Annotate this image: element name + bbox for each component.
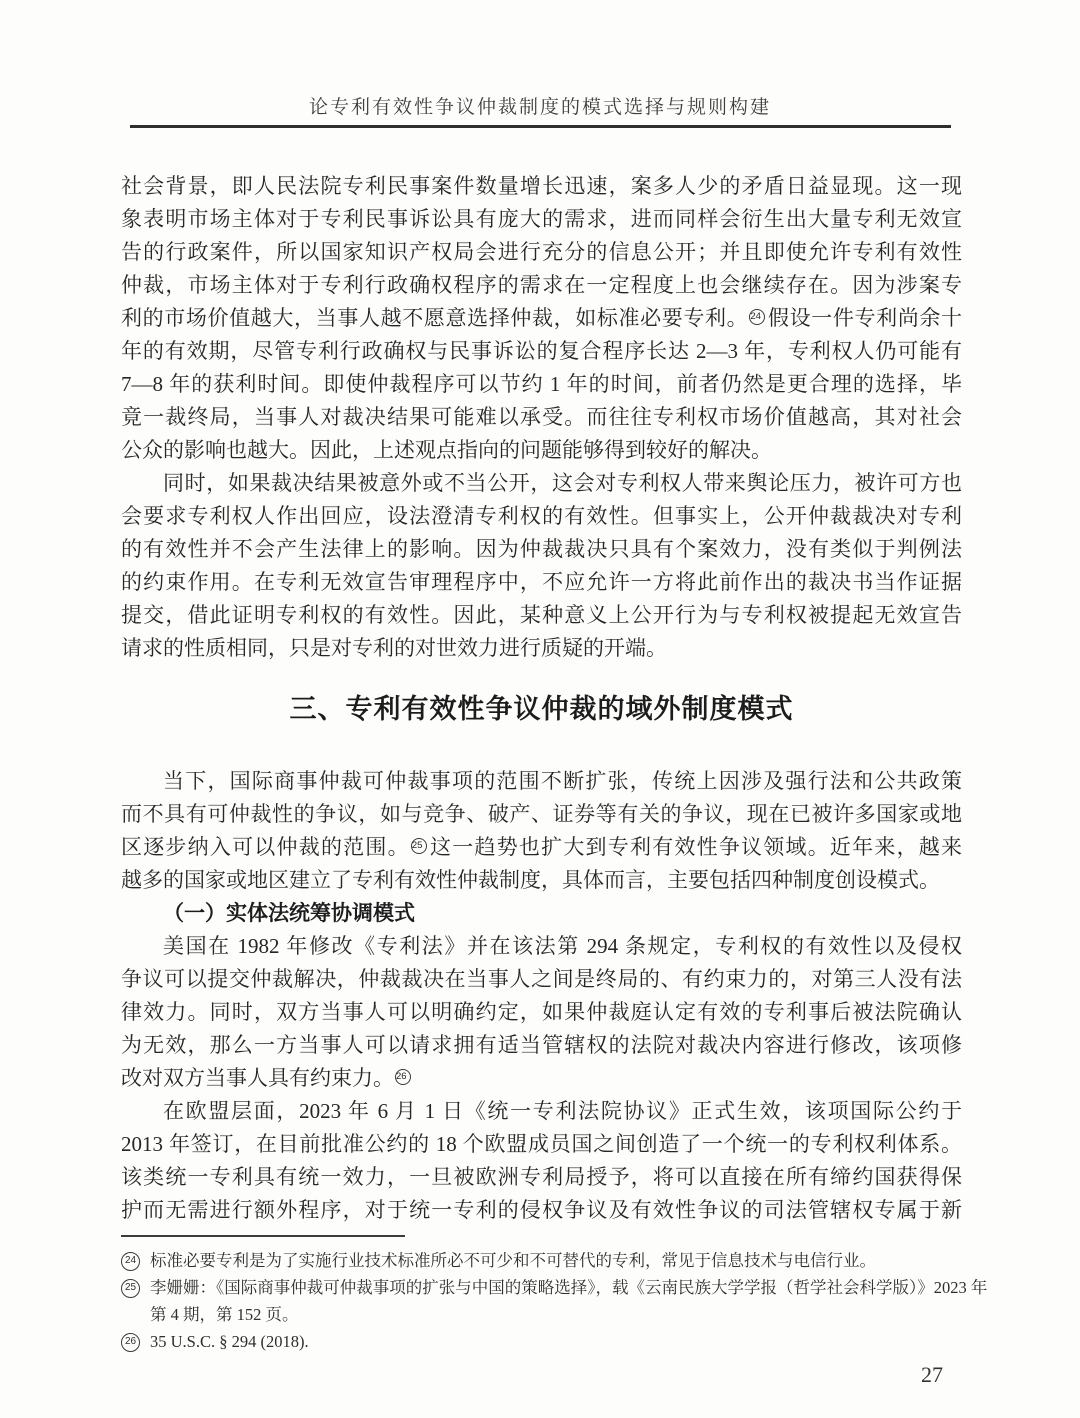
document-page: 论专利有效性争议仲裁制度的模式选择与规则构建 社会背景，即人民法院专利民事案件数… <box>0 0 1080 1418</box>
footnote-line: 李姗姗：《国际商事仲裁可仲裁事项的扩张与中国的策略选择》，载《云南民族大学学报（… <box>150 1274 966 1301</box>
footnote-line: 35 U.S.C. § 294 (2018). <box>150 1328 966 1355</box>
text-line: 争议可以提交仲裁解决，仲裁裁决在当事人之间是终局的、有约束力的，对第三人没有法 <box>121 963 962 996</box>
text-line: 越多的国家或地区建立了专利有效性仲裁制度，具体而言，主要包括四种制度创设模式。 <box>121 864 962 897</box>
footnote-text: 35 U.S.C. § 294 (2018). <box>150 1328 966 1355</box>
footnote-text: 李姗姗：《国际商事仲裁可仲裁事项的扩张与中国的策略选择》，载《云南民族大学学报（… <box>150 1274 966 1328</box>
footnote-ref-icon: 24 <box>749 309 765 325</box>
text-line: 年的有效期，尽管专利行政确权与民事诉讼的复合程序长达 2—3 年，专利权人仍可能… <box>121 335 962 368</box>
text-line: 竟一裁终局，当事人对裁决结果可能难以承受。而往往专利权市场价值越高，其对社会 <box>121 401 962 434</box>
text-line: 同时，如果裁决结果被意外或不当公开，这会对专利权人带来舆论压力，被许可方也 <box>121 467 962 500</box>
text-line: 区逐步纳入可以仲裁的范围。25这一趋势也扩大到专利有效性争议领域。近年来，越来 <box>121 831 962 864</box>
section-heading: 三、专利有效性争议仲裁的域外制度模式 <box>121 690 962 728</box>
text-line: 该类统一专利具有统一效力，一旦被欧洲专利局授予，将可以直接在所有缔约国获得保 <box>121 1161 962 1194</box>
footnote-marker-icon: 25 <box>121 1279 140 1298</box>
footnote-item: 25李姗姗：《国际商事仲裁可仲裁事项的扩张与中国的策略选择》，载《云南民族大学学… <box>121 1274 966 1328</box>
header-divider <box>130 125 951 128</box>
text-line: 在欧盟层面，2023 年 6 月 1 日《统一专利法院协议》正式生效，该项国际公… <box>121 1095 962 1128</box>
text-line: 为无效，那么一方当事人可以请求拥有适当管辖权的法院对裁决内容进行修改，该项修 <box>121 1029 962 1062</box>
text-line: 公众的影响也越大。因此，上述观点指向的问题能够得到较好的解决。 <box>121 434 962 467</box>
text-line: 利的市场价值越大，当事人越不愿意选择仲裁，如标准必要专利。24假设一件专利尚余十 <box>121 302 962 335</box>
subsection-heading: （一）实体法统筹协调模式 <box>121 897 962 930</box>
running-head-title: 论专利有效性争议仲裁制度的模式选择与规则构建 <box>0 92 1080 119</box>
text-line: 7—8 年的获利时间。即使仲裁程序可以节约 1 年的时间，前者仍然是更合理的选择… <box>121 368 962 401</box>
text-line: 2013 年签订，在目前批准公约的 18 个欧盟成员国之间创造了一个统一的专利权… <box>121 1128 962 1161</box>
text-line: 提交，借此证明专利权的有效性。因此，某种意义上公开行为与专利权被提起无效宣告 <box>121 599 962 632</box>
text-line: 美国在 1982 年修改《专利法》并在该法第 294 条规定，专利权的有效性以及… <box>121 930 962 963</box>
footnote-divider <box>121 1235 405 1237</box>
footnote-ref-icon: 26 <box>395 1069 411 1085</box>
footnote-ref-icon: 25 <box>411 838 427 854</box>
text-line: 社会背景，即人民法院专利民事案件数量增长迅速，案多人少的矛盾日益显现。这一现 <box>121 170 962 203</box>
article-body: 社会背景，即人民法院专利民事案件数量增长迅速，案多人少的矛盾日益显现。这一现象表… <box>121 170 962 1227</box>
text-line: 会要求专利权人作出回应，设法澄清专利权的有效性。但事实上，公开仲裁裁决对专利 <box>121 500 962 533</box>
text-line: 护而无需进行额外程序，对于统一专利的侵权争议及有效性争议的司法管辖权专属于新 <box>121 1194 962 1227</box>
text-line: 律效力。同时，双方当事人可以明确约定，如果仲裁庭认定有效的专利事后被法院确认 <box>121 996 962 1029</box>
page-number: 27 <box>921 1362 943 1388</box>
text-line: 象表明市场主体对于专利民事诉讼具有庞大的需求，进而同样会衍生出大量专利无效宣 <box>121 203 962 236</box>
text-line: 告的行政案件，所以国家知识产权局会进行充分的信息公开；并且即使允许专利有效性 <box>121 236 962 269</box>
footnote-item: 2635 U.S.C. § 294 (2018). <box>121 1328 966 1355</box>
text-line: 的有效性并不会产生法律上的影响。因为仲裁裁决只具有个案效力，没有类似于判例法 <box>121 533 962 566</box>
footnote-item: 24标准必要专利是为了实施行业技术标准所必不可少和不可替代的专利，常见于信息技术… <box>121 1247 966 1274</box>
footnote-line: 第 4 期，第 152 页。 <box>150 1301 966 1328</box>
footnote-text: 标准必要专利是为了实施行业技术标准所必不可少和不可替代的专利，常见于信息技术与电… <box>150 1247 966 1274</box>
text-line: 仲裁，市场主体对于专利行政确权程序的需求在一定程度上也会继续存在。因为涉案专 <box>121 269 962 302</box>
text-line: 改对双方当事人具有约束力。26 <box>121 1062 962 1095</box>
footnote-marker-icon: 26 <box>121 1333 140 1352</box>
text-line: 请求的性质相同，只是对专利的对世效力进行质疑的开端。 <box>121 632 962 665</box>
text-line: 当下，国际商事仲裁可仲裁事项的范围不断扩张，传统上因涉及强行法和公共政策 <box>121 765 962 798</box>
footnotes: 24标准必要专利是为了实施行业技术标准所必不可少和不可替代的专利，常见于信息技术… <box>121 1247 966 1355</box>
text-line: 而不具有可仲裁性的争议，如与竞争、破产、证券等有关的争议，现在已被许多国家或地 <box>121 798 962 831</box>
footnote-line: 标准必要专利是为了实施行业技术标准所必不可少和不可替代的专利，常见于信息技术与电… <box>150 1247 966 1274</box>
footnote-marker-icon: 24 <box>121 1252 140 1271</box>
text-line: 的约束作用。在专利无效宣告审理程序中，不应允许一方将此前作出的裁决书当作证据 <box>121 566 962 599</box>
